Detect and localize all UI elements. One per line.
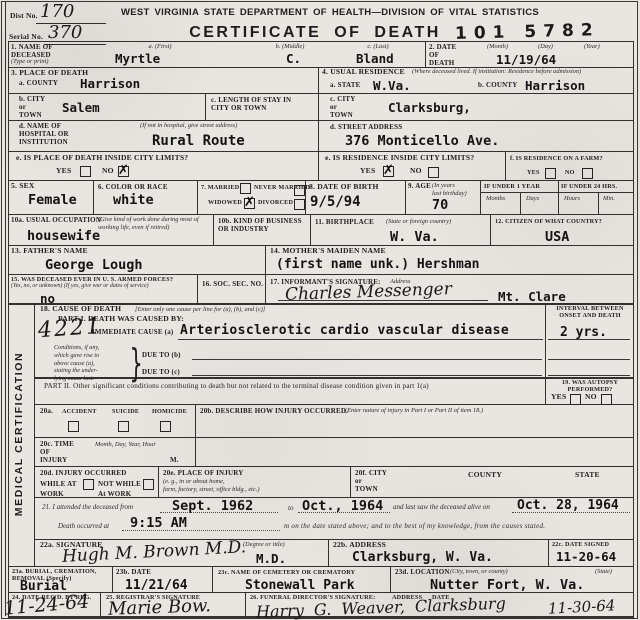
while-at-label: WHILE AT bbox=[40, 480, 77, 488]
birthplace-note: (State or foreign country) bbox=[386, 218, 451, 226]
cemetery-label: 23c. NAME OF CEMETERY OR CREMATORY bbox=[218, 569, 355, 576]
last-saw-alive-value: Oct. 28, 1964 bbox=[517, 499, 619, 513]
farm-no-label: NO bbox=[565, 169, 575, 176]
pod-limits-no-checkbox bbox=[118, 166, 129, 177]
last-name-header: c. (Last) bbox=[338, 43, 418, 51]
age-months-header: Months bbox=[486, 195, 505, 203]
serial-no-line bbox=[44, 44, 106, 45]
first-name-header: a. (First) bbox=[110, 43, 210, 51]
age-value: 70 bbox=[432, 198, 448, 212]
age-label: 9. AGE bbox=[408, 182, 431, 190]
never-married-checkbox bbox=[294, 185, 305, 196]
ssn-label: 16. SOC. SEC. NO. bbox=[202, 280, 263, 288]
place-of-injury-label: 20e. PLACE OF INJURY bbox=[163, 469, 244, 477]
place-of-injury-note: (e. g., in or about home, farm, factory,… bbox=[163, 478, 343, 494]
pod-limits-yes-label: YES bbox=[56, 167, 71, 176]
residence-city-label: c. CITY or TOWN bbox=[330, 95, 356, 119]
race-value: white bbox=[113, 193, 154, 207]
pod-city-label: b. CITY or TOWN bbox=[19, 95, 45, 119]
hospital-value: Rural Route bbox=[152, 134, 245, 149]
pod-county-label: a. COUNTY bbox=[19, 79, 58, 87]
date-of-birth-label: 8. DATE OF BIRTH bbox=[309, 183, 379, 192]
due-to-c-label: DUE TO (c) bbox=[142, 368, 180, 376]
sex-value: Female bbox=[28, 193, 77, 207]
date-of-death-year-header: (Year) bbox=[584, 43, 600, 51]
conditions-note: Conditions, if any, which gave rise to a… bbox=[54, 344, 99, 383]
suicide-checkbox bbox=[118, 421, 129, 432]
interval-header: INTERVAL BETWEEN ONSET AND DEATH bbox=[550, 305, 630, 319]
while-at-work-checkbox bbox=[83, 479, 94, 490]
cemetery-value: Stonewall Park bbox=[245, 579, 355, 593]
injury-state-header: STATE bbox=[575, 471, 600, 480]
medical-certification-side-label: MEDICAL CERTIFICATION bbox=[13, 314, 29, 554]
citizen-value: USA bbox=[545, 230, 569, 244]
res-limits-yes-checkbox bbox=[383, 166, 394, 177]
death-certificate-document: Dist No. 170 Serial No. 370 WEST VIRGINI… bbox=[0, 0, 640, 620]
cause-of-death-label: 18. CAUSE OF DEATH bbox=[40, 305, 121, 314]
age-days-header: Days bbox=[526, 195, 539, 203]
autopsy-yes-label: YES bbox=[551, 393, 566, 402]
color-or-race-label: 6. COLOR OR RACE bbox=[98, 183, 168, 191]
if-under-1-year-header: IF UNDER 1 YEAR bbox=[484, 183, 540, 190]
hospital-note: (If not in hospital, give street address… bbox=[140, 122, 237, 130]
degree-value: M.D. bbox=[256, 552, 286, 565]
age-note: (In years last birthday) bbox=[432, 182, 467, 198]
farm-yes-checkbox bbox=[545, 168, 556, 179]
residence-city-value: Clarksburg, bbox=[388, 101, 471, 114]
burial-location-note: (City, town, or county) bbox=[450, 568, 508, 576]
date-of-death-value: 11/19/64 bbox=[496, 53, 556, 66]
place-of-death-label: 3. PLACE OF DEATH bbox=[11, 69, 88, 78]
not-while-at-work-checkbox bbox=[143, 479, 154, 490]
immediate-cause-value: Arteriosclerotic cardio vascular disease bbox=[180, 324, 509, 338]
residence-state-label: a. STATE bbox=[330, 81, 361, 89]
burial-date-label: 23b. DATE bbox=[116, 568, 151, 576]
pod-limits-no-label: NO bbox=[102, 167, 114, 176]
describe-injury-note: (Enter nature of injury in Part I or Par… bbox=[345, 407, 483, 415]
death-time-value: 9:15 AM bbox=[130, 516, 187, 530]
residence-city-limits-label: e. IS RESIDENCE INSIDE CITY LIMITS? bbox=[325, 154, 474, 163]
dist-no-value: 170 bbox=[40, 3, 74, 21]
dist-no-label: Dist No. bbox=[10, 12, 38, 21]
citizen-label: 12. CITIZEN OF WHAT COUNTRY? bbox=[495, 218, 631, 225]
widowed-label: WIDOWED bbox=[208, 199, 242, 206]
usual-residence-note: (Where deceased lived. If institution: R… bbox=[412, 68, 630, 76]
farm-no-checkbox bbox=[582, 168, 593, 179]
due-to-b-label: DUE TO (b) bbox=[142, 351, 181, 359]
cause-of-death-note: [Enter only one cause per line for (a), … bbox=[135, 306, 265, 314]
homicide-label: HOMICIDE bbox=[152, 408, 187, 415]
at-work-label: At WORK bbox=[98, 490, 131, 498]
fathers-name-label: 13. FATHER'S NAME bbox=[11, 247, 88, 256]
date-of-death-month-header: (Month) bbox=[487, 43, 508, 51]
widowed-checkbox bbox=[244, 198, 255, 209]
hospital-label: d. NAME OF HOSPITAL OR INSTITUTION bbox=[19, 122, 69, 146]
injury-county-header: COUNTY bbox=[468, 471, 502, 480]
last-name-value: Bland bbox=[356, 52, 394, 65]
injury-city-label: 20f. CITY or TOWN bbox=[355, 469, 387, 493]
time-of-injury-m: M. bbox=[170, 456, 179, 464]
attended-pre-text: 21. I attended the deceased from bbox=[42, 503, 133, 512]
residence-farm-label: f. IS RESIDENCE ON A FARM? bbox=[510, 155, 630, 162]
q20a-number: 20a. bbox=[40, 407, 53, 415]
usual-occupation-note: (Give kind of work done during most of w… bbox=[98, 216, 210, 232]
date-signed-label: 22c. DATE SIGNED bbox=[552, 541, 609, 548]
residence-county-label: b. COUNTY bbox=[478, 81, 518, 89]
age-min-header: Min. bbox=[603, 195, 615, 203]
immediate-cause-label: IMMEDIATE CAUSE (a) bbox=[92, 328, 173, 336]
degree-or-title-header: (Degree or title) bbox=[243, 541, 285, 549]
department-title: WEST VIRGINIA STATE DEPARTMENT OF HEALTH… bbox=[95, 7, 565, 18]
middle-name-header: b. (Middle) bbox=[250, 43, 330, 51]
burial-type-value: Burial bbox=[20, 580, 67, 594]
middle-name-value: C. bbox=[286, 52, 301, 65]
burial-location-value: Nutter Fort, W. Va. bbox=[430, 578, 584, 592]
date-signed-value: 11-20-64 bbox=[556, 550, 616, 563]
serial-no-value: 370 bbox=[48, 24, 82, 42]
attended-to-label: to bbox=[288, 504, 293, 513]
death-occurred-label: Death occurred at bbox=[58, 522, 109, 531]
last-saw-alive-label: and last saw the deceased alive on bbox=[393, 503, 490, 512]
injury-occurred-label: 20d. INJURY OCCURRED bbox=[40, 469, 127, 477]
physician-address-label: 22b. ADDRESS bbox=[333, 541, 386, 550]
physician-address-value: Clarksburg, W. Va. bbox=[352, 551, 493, 565]
age-hours-header: Hours bbox=[564, 195, 580, 203]
res-limits-no-label: NO bbox=[410, 167, 422, 176]
street-address-label: d. STREET ADDRESS bbox=[330, 123, 402, 131]
not-while-label: NOT WHILE bbox=[98, 480, 141, 488]
pod-city-value: Salem bbox=[62, 101, 100, 114]
if-under-24-hrs-header: IF UNDER 24 HRS. bbox=[561, 183, 617, 190]
informant-address-value: Mt. Clare bbox=[498, 290, 566, 303]
pod-county-value: Harrison bbox=[80, 77, 140, 90]
burial-location-state-note: (State) bbox=[595, 568, 612, 576]
date-of-death-day-header: (Day) bbox=[538, 43, 553, 51]
funeral-director-date-value: 11-30-64 bbox=[548, 598, 616, 617]
registrar-signature: Marie Bow. bbox=[108, 597, 212, 619]
occupation-value: housewife bbox=[27, 229, 100, 243]
describe-injury-label: 20b. DESCRIBE HOW INJURY OCCURRED. bbox=[200, 407, 348, 415]
married-label: 7. MARRIED bbox=[201, 184, 239, 191]
mothers-maiden-name-label: 14. MOTHER'S MAIDEN NAME bbox=[270, 247, 386, 256]
interval-value: 2 yrs. bbox=[560, 326, 607, 340]
burial-location-label: 23d. LOCATION bbox=[395, 568, 450, 576]
work-label: WORK bbox=[40, 490, 64, 498]
name-of-deceased-label: 1. NAME OF DECEASED bbox=[11, 43, 53, 59]
length-of-stay-label: c. LENGTH OF STAY IN CITY OR TOWN bbox=[211, 96, 291, 112]
res-limits-no-checkbox bbox=[428, 167, 439, 178]
pod-limits-yes-checkbox bbox=[80, 166, 91, 177]
birthplace-value: W. Va. bbox=[390, 230, 439, 244]
residence-county-value: Harrison bbox=[525, 79, 585, 92]
autopsy-no-checkbox bbox=[601, 394, 612, 405]
divorced-label: DIVORCED bbox=[258, 199, 293, 206]
usual-occupation-label: 10a. USUAL OCCUPATION bbox=[11, 216, 101, 224]
time-of-injury-note: Month, Day, Year, Hour bbox=[95, 441, 156, 449]
accident-checkbox bbox=[68, 421, 79, 432]
left-double-border bbox=[5, 2, 6, 616]
homicide-checkbox bbox=[160, 421, 171, 432]
kind-of-business-label: 10b. KIND OF BUSINESS OR INDUSTRY bbox=[218, 217, 302, 233]
usual-residence-label: 4. USUAL RESIDENCE bbox=[322, 68, 405, 77]
time-of-injury-label: 20c. TIME OF INJURY bbox=[40, 440, 74, 464]
divorced-checkbox bbox=[294, 199, 305, 210]
name-type-or-print-note: (Type or print) bbox=[11, 58, 49, 66]
married-checkbox bbox=[240, 183, 251, 194]
farm-yes-label: YES bbox=[527, 169, 540, 176]
page-title: CERTIFICATE OF DEATH bbox=[150, 24, 480, 42]
part-2-text: PART II. Other significant conditions co… bbox=[44, 382, 542, 391]
autopsy-yes-checkbox bbox=[570, 394, 581, 405]
date-of-birth-value: 9/5/94 bbox=[310, 195, 361, 210]
date-of-death-label: 2. DATE OF DEATH bbox=[429, 43, 456, 67]
armed-forces-note: (Yes, no, or unknown) (If yes, give war … bbox=[11, 283, 196, 290]
res-limits-yes-label: YES bbox=[360, 167, 375, 176]
street-address-value: 376 Monticello Ave. bbox=[345, 134, 499, 148]
accident-label: ACCIDENT bbox=[62, 408, 97, 415]
autopsy-no-label: NO bbox=[585, 393, 597, 402]
residence-state-value: W.Va. bbox=[373, 79, 411, 92]
fathers-name-value: George Lough bbox=[45, 258, 143, 272]
birthplace-label: 11. BIRTHPLACE bbox=[315, 218, 374, 226]
first-name-value: Myrtle bbox=[115, 52, 160, 65]
conditions-brace: } bbox=[129, 341, 142, 385]
death-occurred-post-text: m on the date stated above; and to the b… bbox=[284, 522, 545, 531]
suicide-label: SUICIDE bbox=[112, 408, 139, 415]
burial-date-value: 11/21/64 bbox=[125, 579, 188, 593]
mothers-maiden-name-value: (first name unk.) Hershman bbox=[276, 258, 480, 272]
pod-city-limits-label: e. IS PLACE OF DEATH INSIDE CITY LIMITS? bbox=[16, 154, 188, 163]
sex-label: 5. SEX bbox=[11, 182, 35, 191]
